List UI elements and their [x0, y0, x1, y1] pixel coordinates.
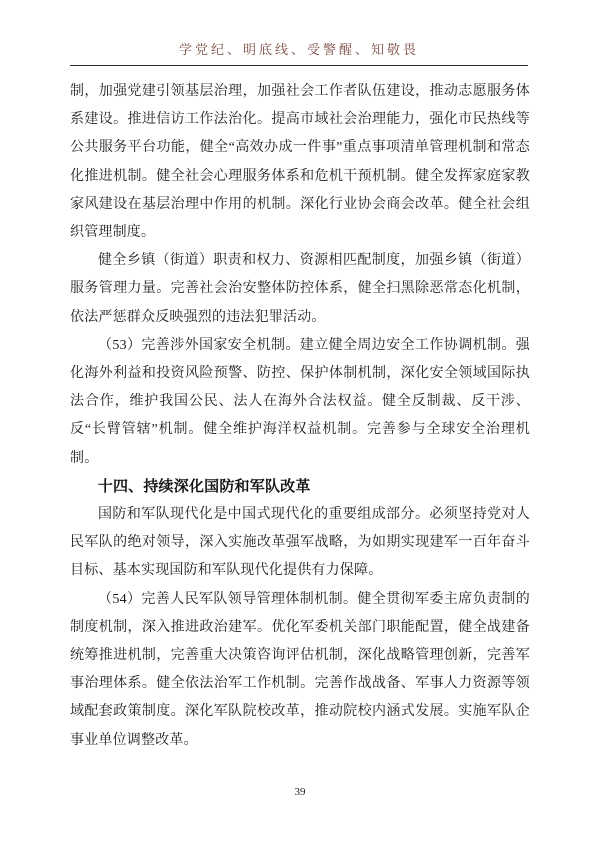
paragraph-continuation: 制，加强党建引领基层治理，加强社会工作者队伍建设，推动志愿服务体系建设。推进信访… — [70, 78, 530, 247]
page-number: 39 — [0, 786, 600, 798]
paragraph-item-54: （54）完善人民军队领导管理体制机制。健全贯彻军委主席负责制的制度机制，深入推进… — [70, 586, 530, 755]
page-header: 学党纪、明底线、受警醒、知敬畏 — [70, 0, 528, 66]
paragraph-item-53: （53）完善涉外国家安全机制。建立健全周边安全工作协调机制。强化海外利益和投资风… — [70, 332, 530, 473]
header-slogan: 学党纪、明底线、受警醒、知敬畏 — [179, 39, 419, 65]
document-page: 学党纪、明底线、受警醒、知敬畏 制，加强党建引领基层治理，加强社会工作者队伍建设… — [0, 0, 600, 848]
paragraph: 国防和军队现代化是中国式现代化的重要组成部分。必须坚持党对人民军队的绝对领导，深… — [70, 501, 530, 586]
section-heading-14: 十四、持续深化国防和军队改革 — [70, 473, 530, 501]
document-body: 制，加强党建引领基层治理，加强社会工作者队伍建设，推动志愿服务体系建设。推进信访… — [70, 78, 530, 755]
paragraph: 健全乡镇（街道）职责和权力、资源相匹配制度，加强乡镇（街道）服务管理力量。完善社… — [70, 247, 530, 332]
